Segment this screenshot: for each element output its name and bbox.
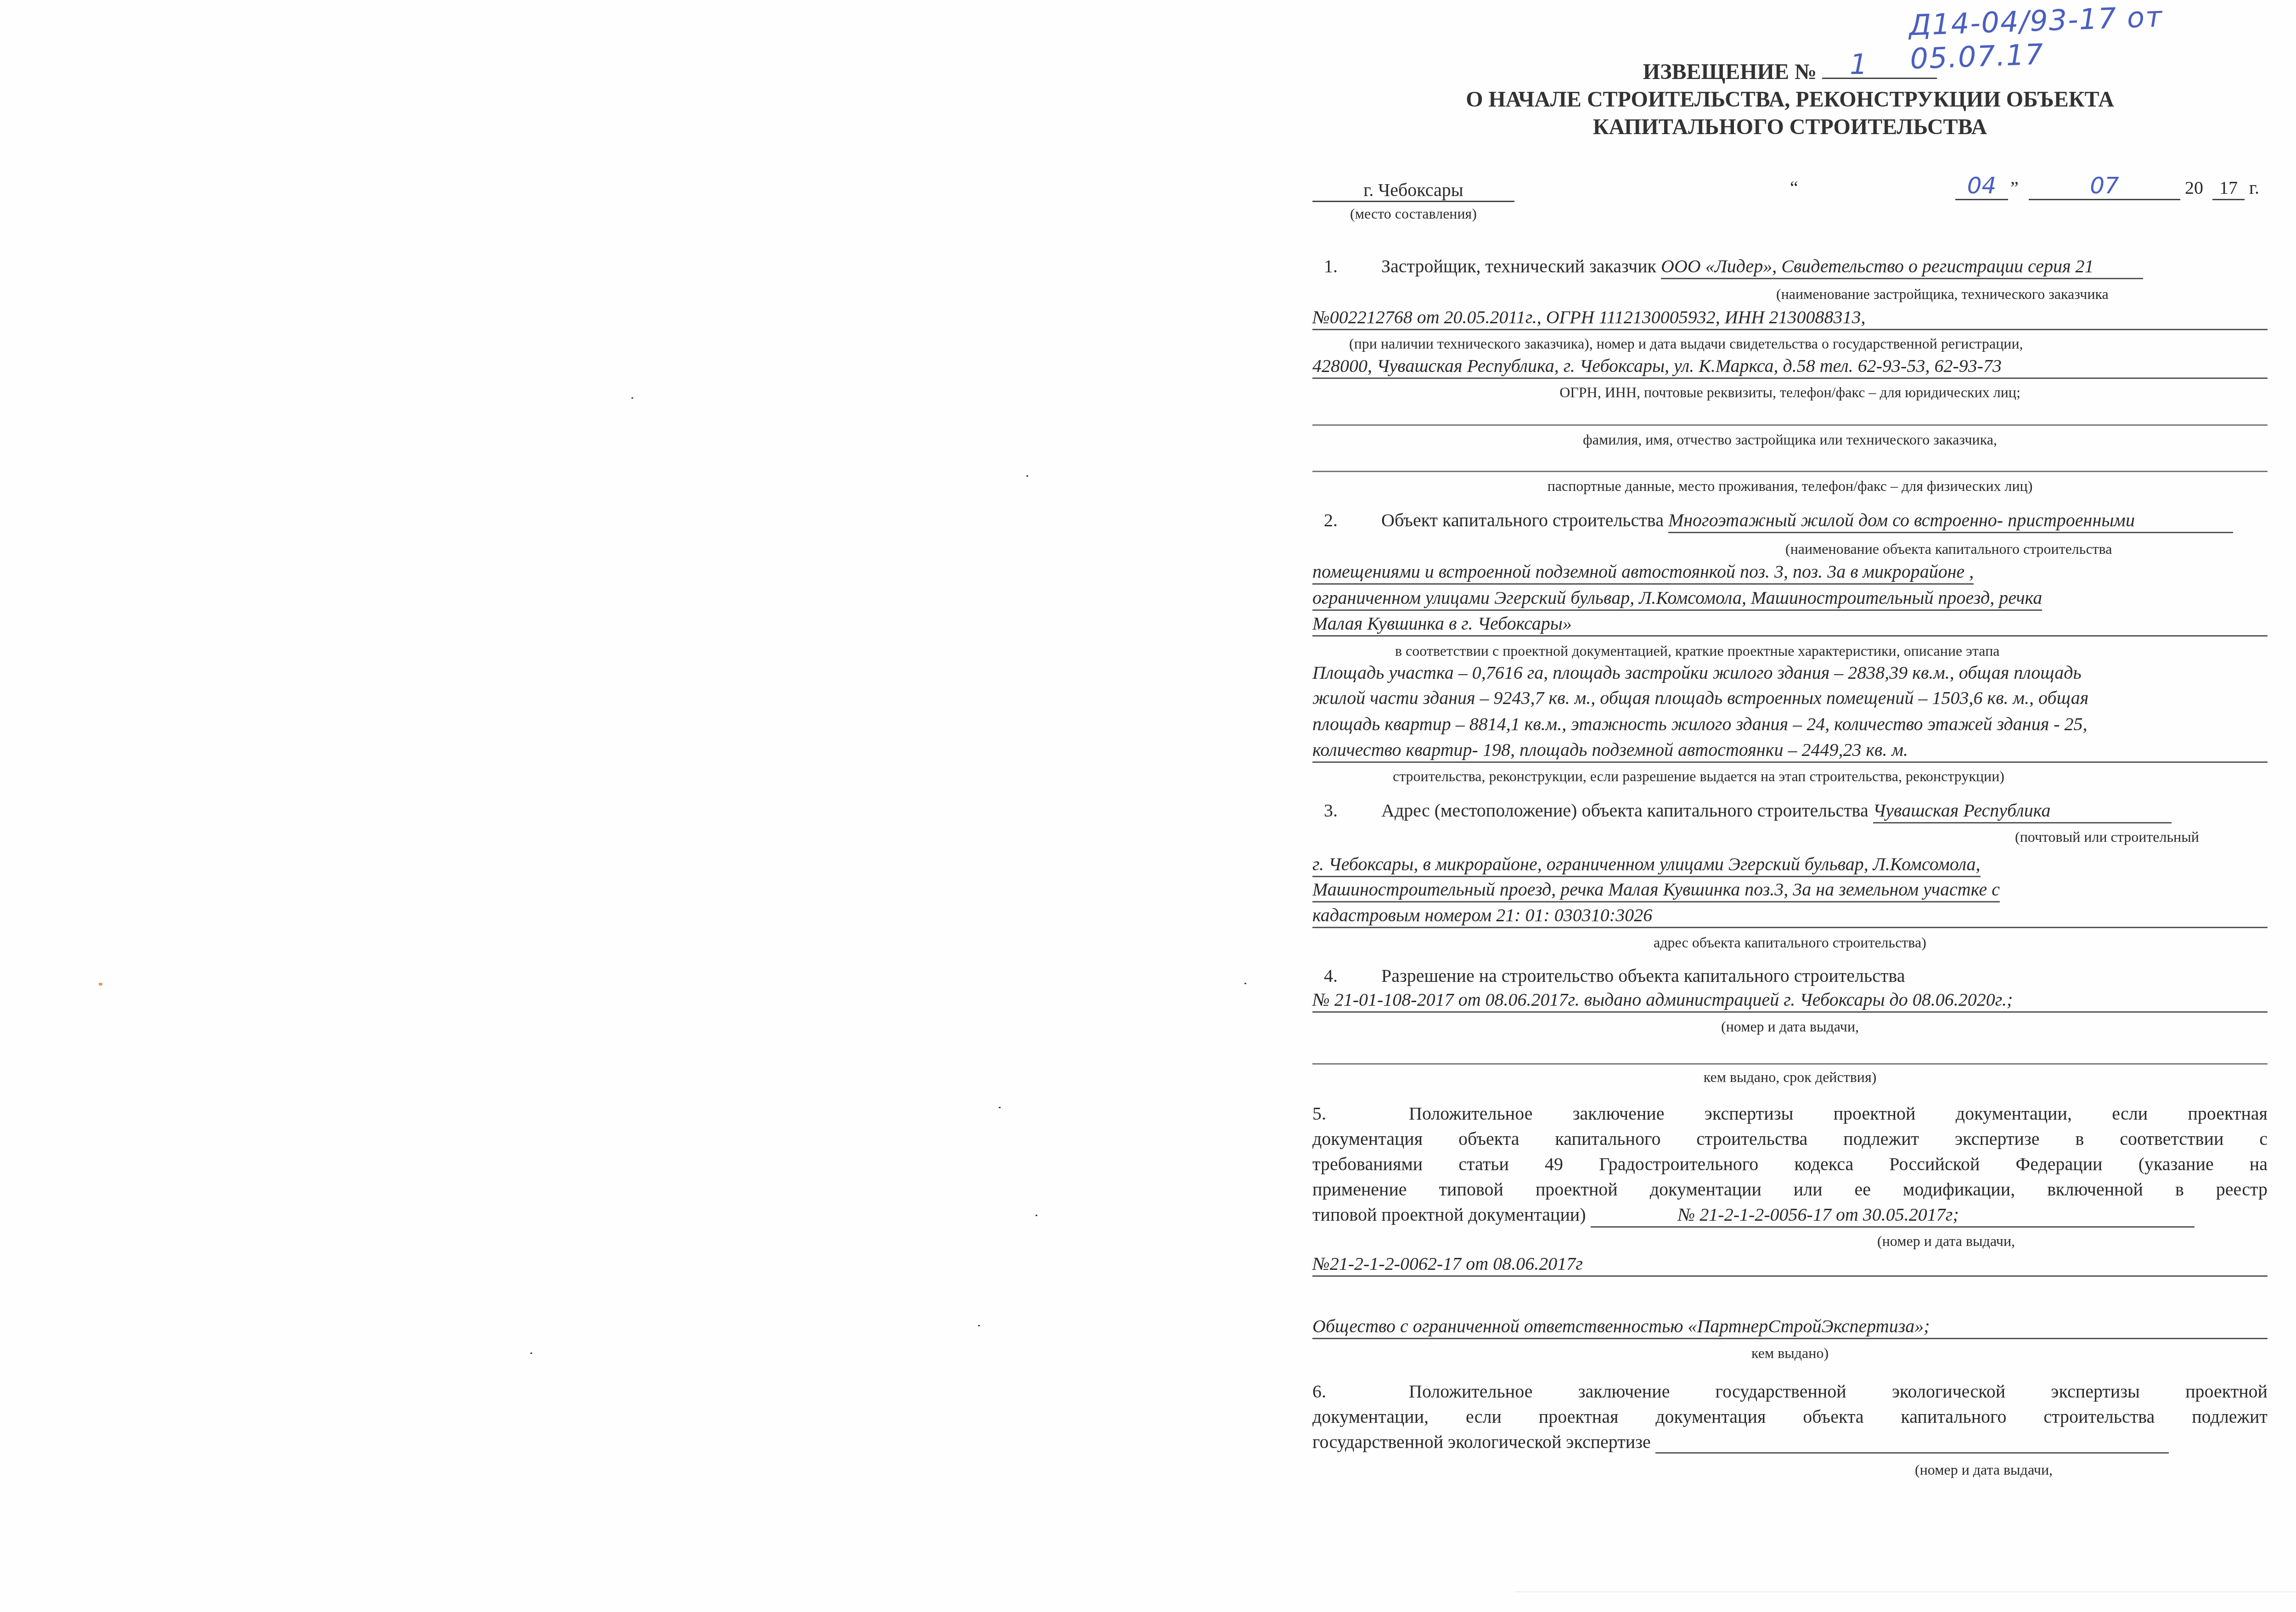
section-5-caption-1: (номер и дата выдачи, xyxy=(1877,1232,2015,1250)
section-6-text-3: государственной экологической экспертизе xyxy=(1312,1432,1651,1452)
address-line-2-text: г. Чебоксары, в микрорайоне, ограниченно… xyxy=(1312,853,1981,877)
eco-expertise-field xyxy=(1655,1431,2169,1454)
address-line-3-text: Машиностроительный проезд, речка Малая К… xyxy=(1312,878,2000,902)
section-6-text-2: документации, если проектная документаци… xyxy=(1312,1405,2268,1428)
section-3-number: 3. xyxy=(1312,800,1338,821)
expertise-conclusion-2: №21-2-1-2-0062-17 от 08.06.2017г xyxy=(1312,1252,2268,1277)
blank-line xyxy=(1312,424,2268,426)
scan-speck xyxy=(999,1107,1001,1108)
section-4-label: Разрешение на строительство объекта капи… xyxy=(1381,965,1905,986)
notice-number: 1 xyxy=(1850,51,1867,79)
date-year-prefix: 20 xyxy=(2185,177,2203,198)
expertise-conclusion-1: № 21-2-1-2-0056-17 от 30.05.2017г; xyxy=(1591,1203,2195,1228)
section-5-text-4: применение типовой проектной документаци… xyxy=(1312,1178,2268,1201)
section-1-caption-3: ОГРН, ИНН, почтовые реквизиты, телефон/ф… xyxy=(1312,383,2268,401)
section-6-number: 6. xyxy=(1312,1381,1326,1402)
date-close-quote: ” xyxy=(2010,177,2019,198)
section-2-label: Объект капитального строительства xyxy=(1381,510,1664,530)
section-1-caption-1: (наименование застройщика, технического … xyxy=(1776,285,2109,303)
developer-address: 428000, Чувашская Республика, г. Чебокса… xyxy=(1312,355,2268,379)
section-6-line-1: 6.Положительное заключение государственн… xyxy=(1312,1380,2268,1403)
scan-speck xyxy=(631,397,633,399)
scan-speck xyxy=(1035,1215,1037,1216)
title-line-2: О НАЧАЛЕ СТРОИТЕЛЬСТВА, РЕКОНСТРУКЦИИ ОБ… xyxy=(1312,86,2268,113)
scan-speck xyxy=(530,1353,532,1354)
section-2-caption-3: строительства, реконструкции, если разре… xyxy=(1393,767,2004,785)
object-name-line-2: помещениями и встроенной подземной автос… xyxy=(1312,560,2268,585)
building-permit: № 21-01-108-2017 от 08.06.2017г. выдано … xyxy=(1312,988,2268,1013)
address-line-2: г. Чебоксары, в микрорайоне, ограниченно… xyxy=(1312,853,2268,877)
section-3-caption-1: (почтовый или строительный xyxy=(2015,828,2199,846)
section-5-text-1: Положительное заключение экспертизы прое… xyxy=(1409,1103,2268,1124)
blank-line xyxy=(1312,471,2268,472)
section-2-caption-2: в соответствии с проектной документацией… xyxy=(1395,642,1999,660)
date-open-quote: “ xyxy=(1790,177,1798,198)
title-line-3: КАПИТАЛЬНОГО СТРОИТЕЛЬСТВА xyxy=(1312,113,2268,141)
section-3-label: Адрес (местоположение) объекта капитальн… xyxy=(1381,800,1868,821)
section-4-number: 4. xyxy=(1312,965,1338,986)
place-field: г. Чебоксары xyxy=(1312,179,1514,202)
object-spec-line-2: жилой части здания – 9243,7 кв. м., обща… xyxy=(1312,687,2268,710)
expertise-organization: Общество с ограниченной ответственностью… xyxy=(1312,1315,2268,1339)
section-2-caption-1: (наименование объекта капитального строи… xyxy=(1785,540,2112,558)
object-name-line-2-text: помещениями и встроенной подземной автос… xyxy=(1312,560,1974,585)
object-name-line-3-text: ограниченном улицами Эгерский бульвар, Л… xyxy=(1312,586,2042,611)
section-4-caption-1: (номер и дата выдачи, xyxy=(1312,1017,2268,1036)
section-1-caption-2: (при наличии технического заказчика), но… xyxy=(1349,334,2023,353)
scan-speck xyxy=(1026,475,1028,477)
section-5-number: 5. xyxy=(1312,1103,1326,1124)
blank-line xyxy=(1312,1063,2268,1065)
date-year-unit: г. xyxy=(2249,177,2259,198)
scan-speck xyxy=(1244,983,1246,984)
address-line-3: Машиностроительный проезд, речка Малая К… xyxy=(1312,878,2268,902)
object-name-line-4: Малая Кувшинка в г. Чебоксары» xyxy=(1312,612,2268,637)
section-2-line-1: 2.Объект капитального строительства Мног… xyxy=(1312,509,2268,533)
section-5-line-1: 5.Положительное заключение экспертизы пр… xyxy=(1312,1102,2268,1125)
section-6-caption-1: (номер и дата выдачи, xyxy=(1915,1460,2053,1479)
date-day: 04 xyxy=(1955,172,2008,200)
section-6-line-3: государственной экологической экспертизе xyxy=(1312,1431,2268,1454)
developer-registration: №002212768 от 20.05.2011г., ОГРН 1112130… xyxy=(1312,306,2268,330)
notice-number-field: 1 xyxy=(1822,57,1937,79)
object-name-line-3: ограниченном улицами Эгерский бульвар, Л… xyxy=(1312,586,2268,611)
section-5-text-5: типовой проектной документации) xyxy=(1312,1204,1586,1225)
section-1-line-1: 1.Застройщик, технический заказчик ООО «… xyxy=(1312,255,2268,279)
section-5-caption-2: кем выдано) xyxy=(1312,1344,2268,1362)
date-month: 07 xyxy=(2029,172,2180,200)
section-1-caption-4: фамилия, имя, отчество застройщика или т… xyxy=(1312,430,2268,449)
section-1-label: Застройщик, технический заказчик xyxy=(1381,256,1656,276)
developer-name: ООО «Лидер», Свидетельство о регистрации… xyxy=(1661,255,2143,279)
section-3-line-1: 3.Адрес (местоположение) объекта капитал… xyxy=(1312,799,2268,823)
section-6-text-1: Положительное заключение государственной… xyxy=(1409,1381,2268,1402)
object-spec-line-3: площадь квартир – 8814,1 кв.м., этажност… xyxy=(1312,713,2268,736)
section-1-number: 1. xyxy=(1312,256,1338,276)
date-year-suffix: 17 xyxy=(2212,177,2245,200)
cadastral-number: кадастровым номером 21: 01: 030310:3026 xyxy=(1312,904,2268,928)
section-5-line-5: типовой проектной документации) № 21-2-1… xyxy=(1312,1203,2268,1228)
paper-fold-line xyxy=(1515,1591,2296,1592)
section-2-number: 2. xyxy=(1312,510,1338,530)
section-4-line-1: 4.Разрешение на строительство объекта ка… xyxy=(1312,964,2268,987)
scanned-page: Д14-04/93-17 от 05.07.17 ИЗВЕЩЕНИЕ № 1 О… xyxy=(0,0,2296,1612)
section-4-caption-2: кем выдано, срок действия) xyxy=(1312,1068,2268,1086)
document-title: ИЗВЕЩЕНИЕ № 1 О НАЧАЛЕ СТРОИТЕЛЬСТВА, РЕ… xyxy=(1312,57,2268,141)
section-1-caption-5: паспортные данные, место проживания, тел… xyxy=(1312,477,2268,495)
section-3-caption-2: адрес объекта капитального строительства… xyxy=(1312,933,2268,952)
scan-speck xyxy=(978,1325,980,1326)
address-region: Чувашская Республика xyxy=(1873,799,2172,823)
scan-speck xyxy=(99,983,102,986)
section-5-text-3: требованиями статьи 49 Градостроительног… xyxy=(1312,1153,2268,1176)
section-5-text-2: документация объекта капитального строит… xyxy=(1312,1127,2268,1150)
object-name-line-1: Многоэтажный жилой дом со встроенно- при… xyxy=(1668,509,2233,533)
place-caption: (место составления) xyxy=(1312,205,1514,222)
object-spec-line-1: Площадь участка – 0,7616 га, площадь зас… xyxy=(1312,661,2268,684)
object-spec-line-4: количество квартир- 198, площадь подземн… xyxy=(1312,738,2268,763)
title-prefix: ИЗВЕЩЕНИЕ № xyxy=(1643,60,1817,84)
